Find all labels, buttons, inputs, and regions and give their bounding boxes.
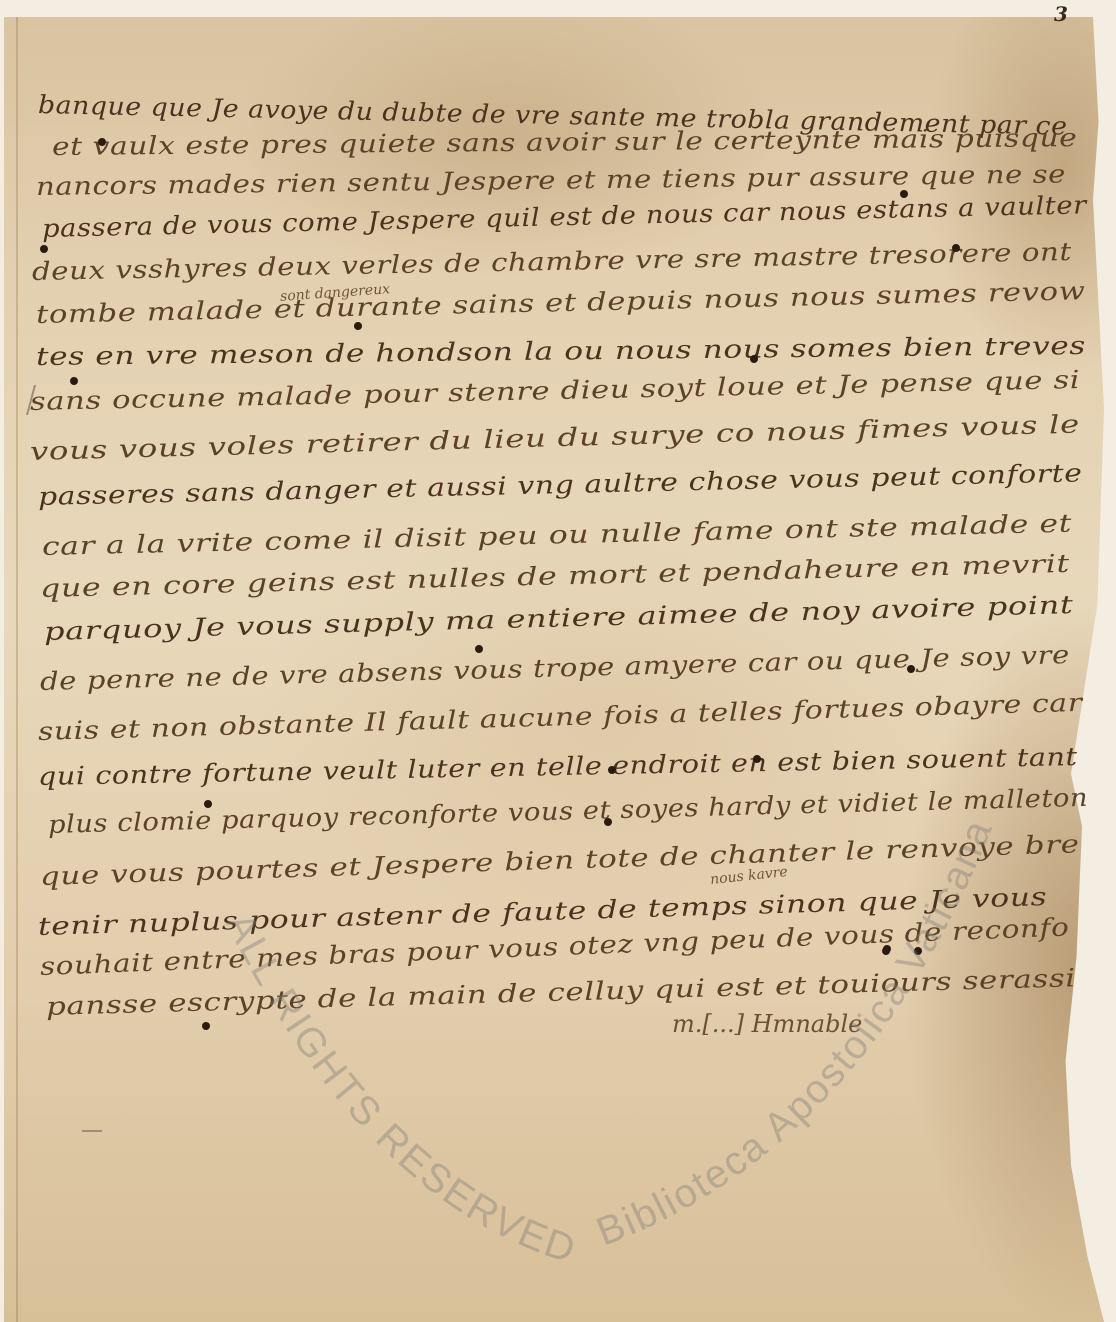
ink-blot — [604, 818, 612, 826]
ink-blot — [204, 800, 212, 808]
ink-blot — [952, 244, 960, 252]
ink-blot — [914, 947, 922, 955]
ink-blot — [40, 245, 48, 253]
ink-blot — [900, 190, 908, 198]
ink-blot — [70, 377, 78, 385]
ink-blot — [354, 322, 362, 330]
signature: m.[...] Hmnable — [672, 1010, 862, 1038]
ink-blot — [753, 755, 761, 763]
ink-blot — [98, 138, 106, 146]
folio-number: 3 — [1054, 2, 1068, 26]
ink-blot — [608, 766, 616, 774]
ink-blot — [907, 665, 915, 673]
page-margin-edge — [16, 17, 18, 1322]
ink-blot — [475, 645, 483, 653]
ink-blot — [882, 947, 890, 955]
ink-blot — [202, 1022, 210, 1030]
ink-blot — [750, 355, 758, 363]
margin-mark — [82, 1130, 102, 1132]
